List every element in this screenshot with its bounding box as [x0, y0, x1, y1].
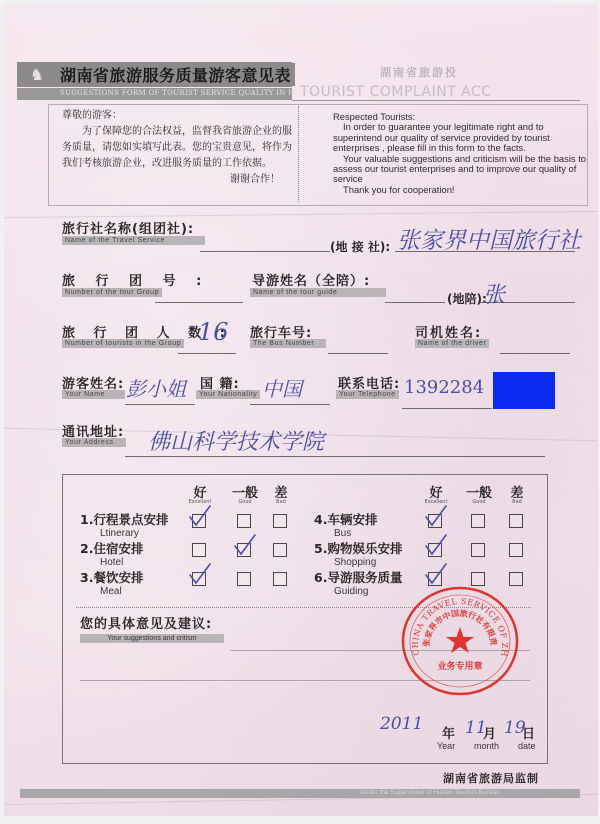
bus-number-line — [328, 353, 388, 354]
intro-en-p1: In order to guarantee your legitimate ri… — [333, 122, 595, 153]
rating-item-label-en: Shopping — [334, 557, 376, 568]
rating-item-label-en: Hotel — [100, 557, 123, 568]
driver-name-line — [500, 353, 570, 354]
intro-english: Respected Tourists: In order to guarante… — [333, 112, 595, 195]
check-icon — [424, 534, 448, 556]
tour-group-label: 旅 行 团 号 : — [62, 270, 209, 289]
rating-item-label-en: Guiding — [334, 586, 368, 597]
checkbox-excellent[interactable] — [192, 572, 206, 586]
guide-name-label-en: Name of the tour guide — [250, 288, 386, 297]
rating-item-label-en: Bus — [334, 528, 351, 539]
guide-name-label: 导游姓名（全陪）: — [252, 270, 370, 289]
intro-en-thanks: Thank you for cooperation! — [333, 185, 595, 195]
checkbox-bad[interactable] — [273, 543, 287, 557]
month-label: month — [474, 741, 499, 751]
checkbox-bad[interactable] — [509, 543, 523, 557]
address-line — [125, 456, 545, 457]
bleed-through-title: 湖南省旅游投 — [380, 64, 458, 80]
local-guide-label: (地陪): — [447, 290, 487, 307]
rating-item-label-en: Ltinerary — [100, 528, 139, 539]
driver-name-label-en: Name of the driver — [415, 339, 489, 348]
intro-chinese: 尊敬的游客： 为了保障您的合法权益，监督我省旅游企业的服务质量，请您如实填写此表… — [62, 108, 294, 188]
rating-item-label: 2.住宿安排 — [80, 539, 143, 557]
form-title: 湖南省旅游服务质量游客意见表 — [56, 63, 295, 86]
nationality-value[interactable]: 中国 — [262, 373, 302, 402]
group-size-label-en: Number of tourists in the Group — [62, 339, 184, 348]
year-value[interactable]: 2011 — [380, 714, 423, 734]
checkbox-bad[interactable] — [509, 514, 523, 528]
checkbox-good[interactable] — [237, 572, 251, 586]
checkbox-excellent[interactable] — [428, 543, 442, 557]
rating-item-label: 3.餐饮安排 — [80, 568, 143, 586]
address-label-en: Your Address — [62, 438, 126, 447]
tourist-name-label-en: Your Name — [62, 390, 125, 399]
form-subtitle: SUGGESTIONS FORM OF TOURIST SERVICE QUAL… — [60, 89, 307, 97]
day-char: 日 — [522, 723, 535, 742]
scale-header-excellent: 好Excellent — [184, 482, 216, 505]
issuer-label-en: Under the Supervision of Hunan Tourism B… — [360, 789, 500, 796]
intro-cn-thanks: 谢谢合作！ — [62, 172, 294, 188]
intro-cn-body: 为了保障您的合法权益，监督我省旅游企业的服务质量，请您如实填写此表。您的宝贵意见… — [62, 124, 294, 172]
check-icon — [424, 563, 448, 585]
checkbox-good[interactable] — [237, 543, 251, 557]
rating-item-label: 4.车辆安排 — [314, 510, 377, 528]
address-value[interactable]: 佛山科学技术学院 — [148, 425, 324, 456]
month-char: 月 — [483, 723, 496, 742]
issuer-label: 湖南省旅游局监制 — [443, 770, 539, 786]
svg-text:CHINA TRAVEL SERVICE OF ZHANG: CHINA TRAVEL SERVICE OF ZHANG JIA JIE CO… — [397, 583, 509, 658]
checkbox-good[interactable] — [471, 543, 485, 557]
check-icon — [188, 505, 212, 527]
checkbox-good[interactable] — [237, 514, 251, 528]
bleed-through-subtitle: TOURIST COMPLAINT ACC — [300, 84, 492, 100]
bus-number-label-en: The Bus Number — [250, 339, 326, 348]
tour-group-label-en: Number of the tour Group — [62, 288, 162, 297]
scale-header-bad: 差Bad — [501, 482, 533, 505]
header-rule — [292, 100, 580, 101]
horse-icon: ♞ — [26, 65, 48, 85]
rating-item-label: 6.导游服务质量 — [314, 568, 402, 586]
intro-cn-salutation: 尊敬的游客： — [62, 108, 294, 124]
checkbox-excellent[interactable] — [428, 514, 442, 528]
intro-divider — [298, 106, 299, 202]
guide-name-line — [385, 302, 445, 303]
star-icon — [446, 627, 474, 653]
local-guide-value[interactable]: 张 — [483, 278, 505, 309]
telephone-label-en: Your Telephone — [336, 390, 399, 399]
travel-service-label-en: Name of the Travel Service — [62, 236, 205, 245]
group-size-line — [178, 353, 236, 354]
scale-header-good: 一般Good — [229, 482, 261, 505]
telephone-line — [402, 408, 492, 409]
scale-header-bad: 差Bad — [265, 482, 297, 505]
nationality-label-en: Your Nationality — [196, 390, 260, 399]
intro-en-p2: Your valuable suggestions and criticism … — [333, 154, 595, 185]
redaction-box — [493, 372, 555, 409]
year-label: Year — [437, 741, 455, 751]
checkbox-excellent[interactable] — [192, 514, 206, 528]
rating-item-label: 5.购物娱乐安排 — [314, 539, 402, 557]
local-agency-label: (地 接 社): — [330, 238, 390, 255]
company-seal: CHINA TRAVEL SERVICE OF ZHANG JIA JIE CO… — [397, 583, 523, 701]
rating-item-label-en: Meal — [100, 586, 122, 597]
tourist-name-line — [125, 404, 195, 405]
seal-center-text: 业务专用章 — [437, 660, 482, 672]
checkbox-excellent[interactable] — [192, 543, 206, 557]
day-label: date — [518, 741, 536, 751]
local-agency-value[interactable]: 张家界中国旅行社 — [397, 222, 581, 255]
suggestions-label: 您的具体意见及建议: — [80, 613, 212, 632]
scale-header-excellent: 好Excellent — [420, 482, 452, 505]
suggestions-label-en: Your suggestions and critism — [80, 634, 224, 643]
rating-item-label: 1.行程景点安排 — [80, 510, 168, 528]
travel-service-line — [200, 251, 330, 252]
check-icon — [424, 505, 448, 527]
tour-group-line — [155, 302, 243, 303]
scale-header-good: 一般Good — [463, 482, 495, 505]
check-icon — [233, 534, 257, 556]
checkbox-bad[interactable] — [273, 572, 287, 586]
checkbox-bad[interactable] — [273, 514, 287, 528]
tourist-name-value[interactable]: 彭小姐 — [126, 373, 186, 402]
check-icon — [188, 563, 212, 585]
group-size-value[interactable]: 16 — [198, 318, 229, 346]
nationality-line — [250, 404, 330, 405]
year-char: 年 — [442, 723, 455, 742]
travel-service-label: 旅行社名称(组团社): — [62, 218, 194, 237]
telephone-value[interactable]: 1392284 — [404, 377, 484, 398]
seal-outer-text: CHINA TRAVEL SERVICE OF ZHANG JIA JIE CO… — [397, 583, 509, 658]
checkbox-good[interactable] — [471, 514, 485, 528]
